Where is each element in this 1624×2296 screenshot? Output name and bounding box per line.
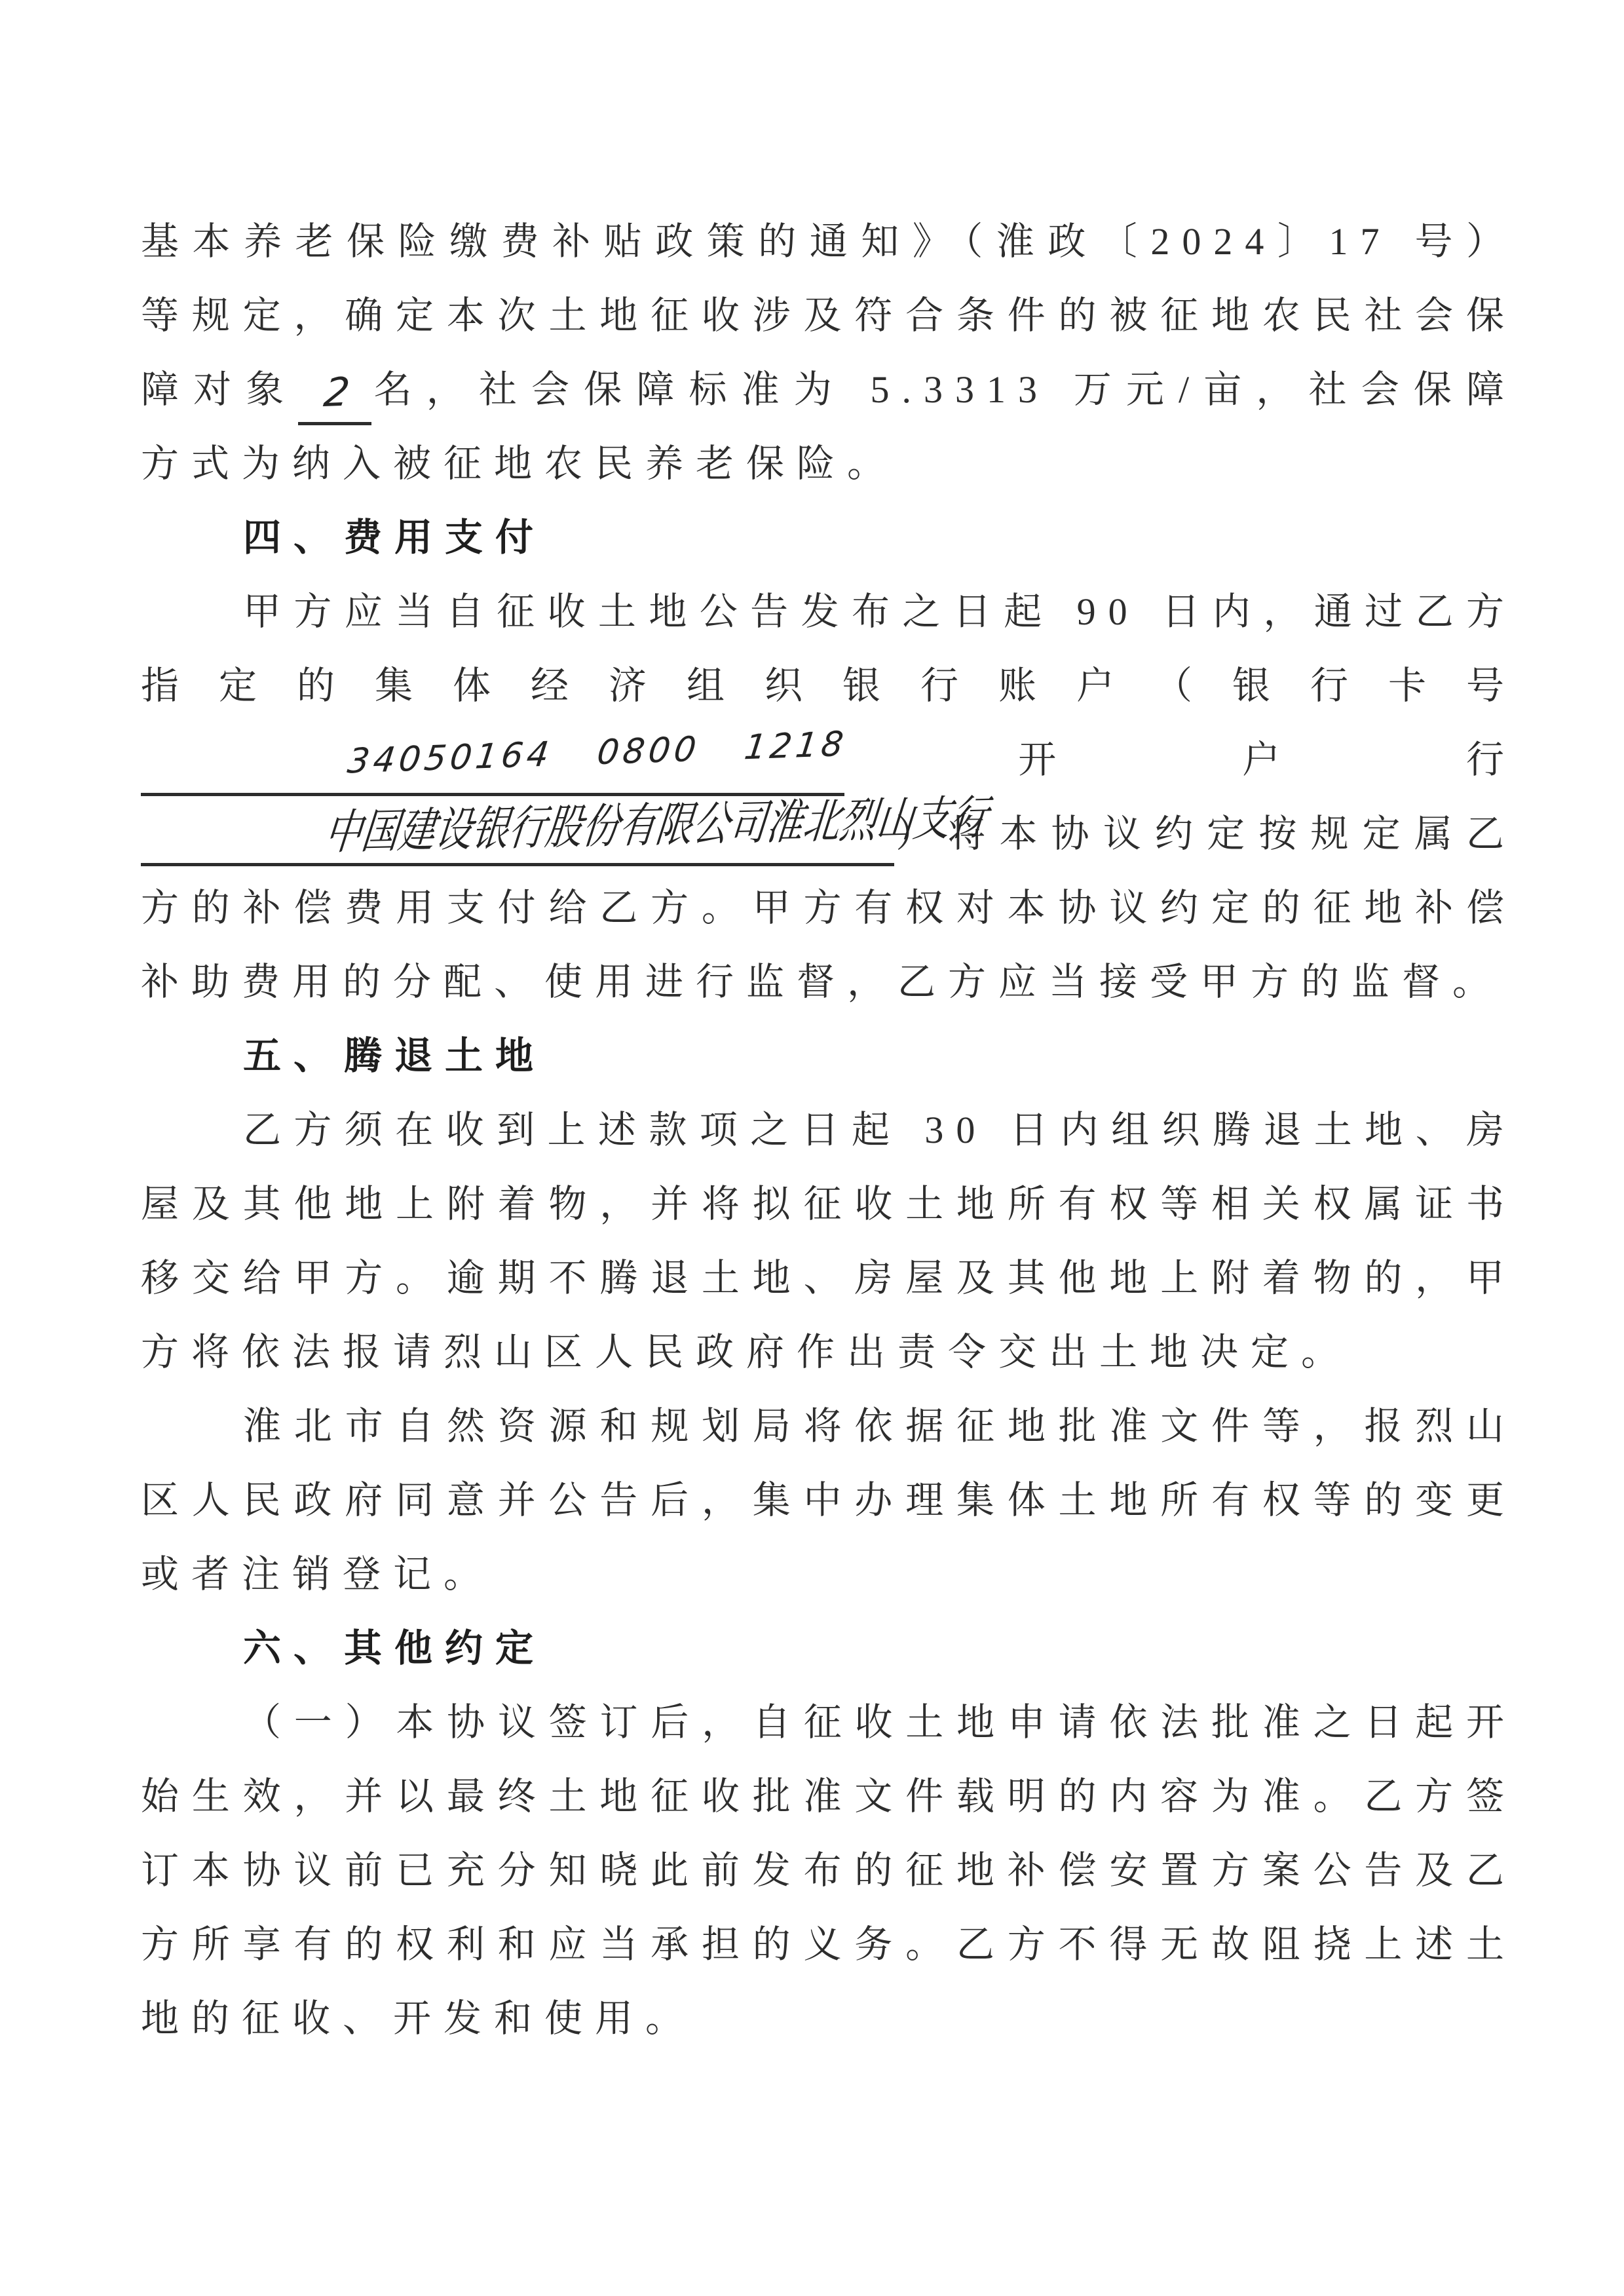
paragraph: 基本养老保险缴费补贴政策的通知》（淮政〔2024〕17 号）等规定，确定本次土地… bbox=[141, 204, 1517, 501]
section-heading: 六、其他约定 bbox=[141, 1611, 1517, 1685]
printed-text: 淮北市自然资源和规划局将依据征地批准文件等，报烈山区人民政府同意并公告后，集中办… bbox=[141, 1405, 1517, 1596]
printed-text: 开户行 bbox=[844, 738, 1517, 781]
document-body: 基本养老保险缴费补贴政策的通知》（淮政〔2024〕17 号）等规定，确定本次土地… bbox=[141, 204, 1517, 2056]
section-heading: 五、腾退土地 bbox=[141, 1019, 1517, 1093]
paragraph: 甲方应当自征收土地公告发布之日起 90 日内，通过乙方指定的集体经济组织银行账户… bbox=[141, 575, 1517, 1019]
handwritten-social-security-count: 2 bbox=[322, 371, 353, 414]
blank-underline-bank-branch-name: 中国建设银行股份有限公司淮北烈山支行 bbox=[141, 813, 894, 866]
printed-text: 四、费用支付 bbox=[243, 515, 546, 560]
printed-text: 五、腾退土地 bbox=[243, 1033, 546, 1078]
section-heading: 四、费用支付 bbox=[141, 501, 1517, 575]
document-page: 基本养老保险缴费补贴政策的通知》（淮政〔2024〕17 号）等规定，确定本次土地… bbox=[0, 0, 1624, 2296]
printed-text: 甲方应当自征收土地公告发布之日起 90 日内，通过乙方指定的集体经济组织银行账户… bbox=[141, 590, 1517, 707]
blank-underline-social-security-count: 2 bbox=[298, 372, 371, 425]
blank-underline-bank-card-number: 34050164 0800 1218 bbox=[141, 743, 844, 796]
printed-text: 六、其他约定 bbox=[243, 1626, 546, 1670]
paragraph: 乙方须在收到上述款项之日起 30 日内组织腾退土地、房屋及其他地上附着物，并将拟… bbox=[141, 1093, 1517, 1389]
paragraph: 淮北市自然资源和规划局将依据征地批准文件等，报烈山区人民政府同意并公告后，集中办… bbox=[141, 1389, 1517, 1611]
handwritten-bank-branch-name: 中国建设银行股份有限公司淮北烈山支行 bbox=[243, 796, 990, 855]
printed-text: 乙方须在收到上述款项之日起 30 日内组织腾退土地、房屋及其他地上附着物，并将拟… bbox=[141, 1109, 1517, 1373]
paragraph: （一）本协议签订后，自征收土地申请依法批准之日起开始生效，并以最终土地征收批准文… bbox=[141, 1685, 1517, 2056]
printed-text: （一）本协议签订后，自征收土地申请依法批准之日起开始生效，并以最终土地征收批准文… bbox=[141, 1701, 1517, 2040]
handwritten-bank-card-number: 34050164 0800 1218 bbox=[243, 723, 850, 786]
